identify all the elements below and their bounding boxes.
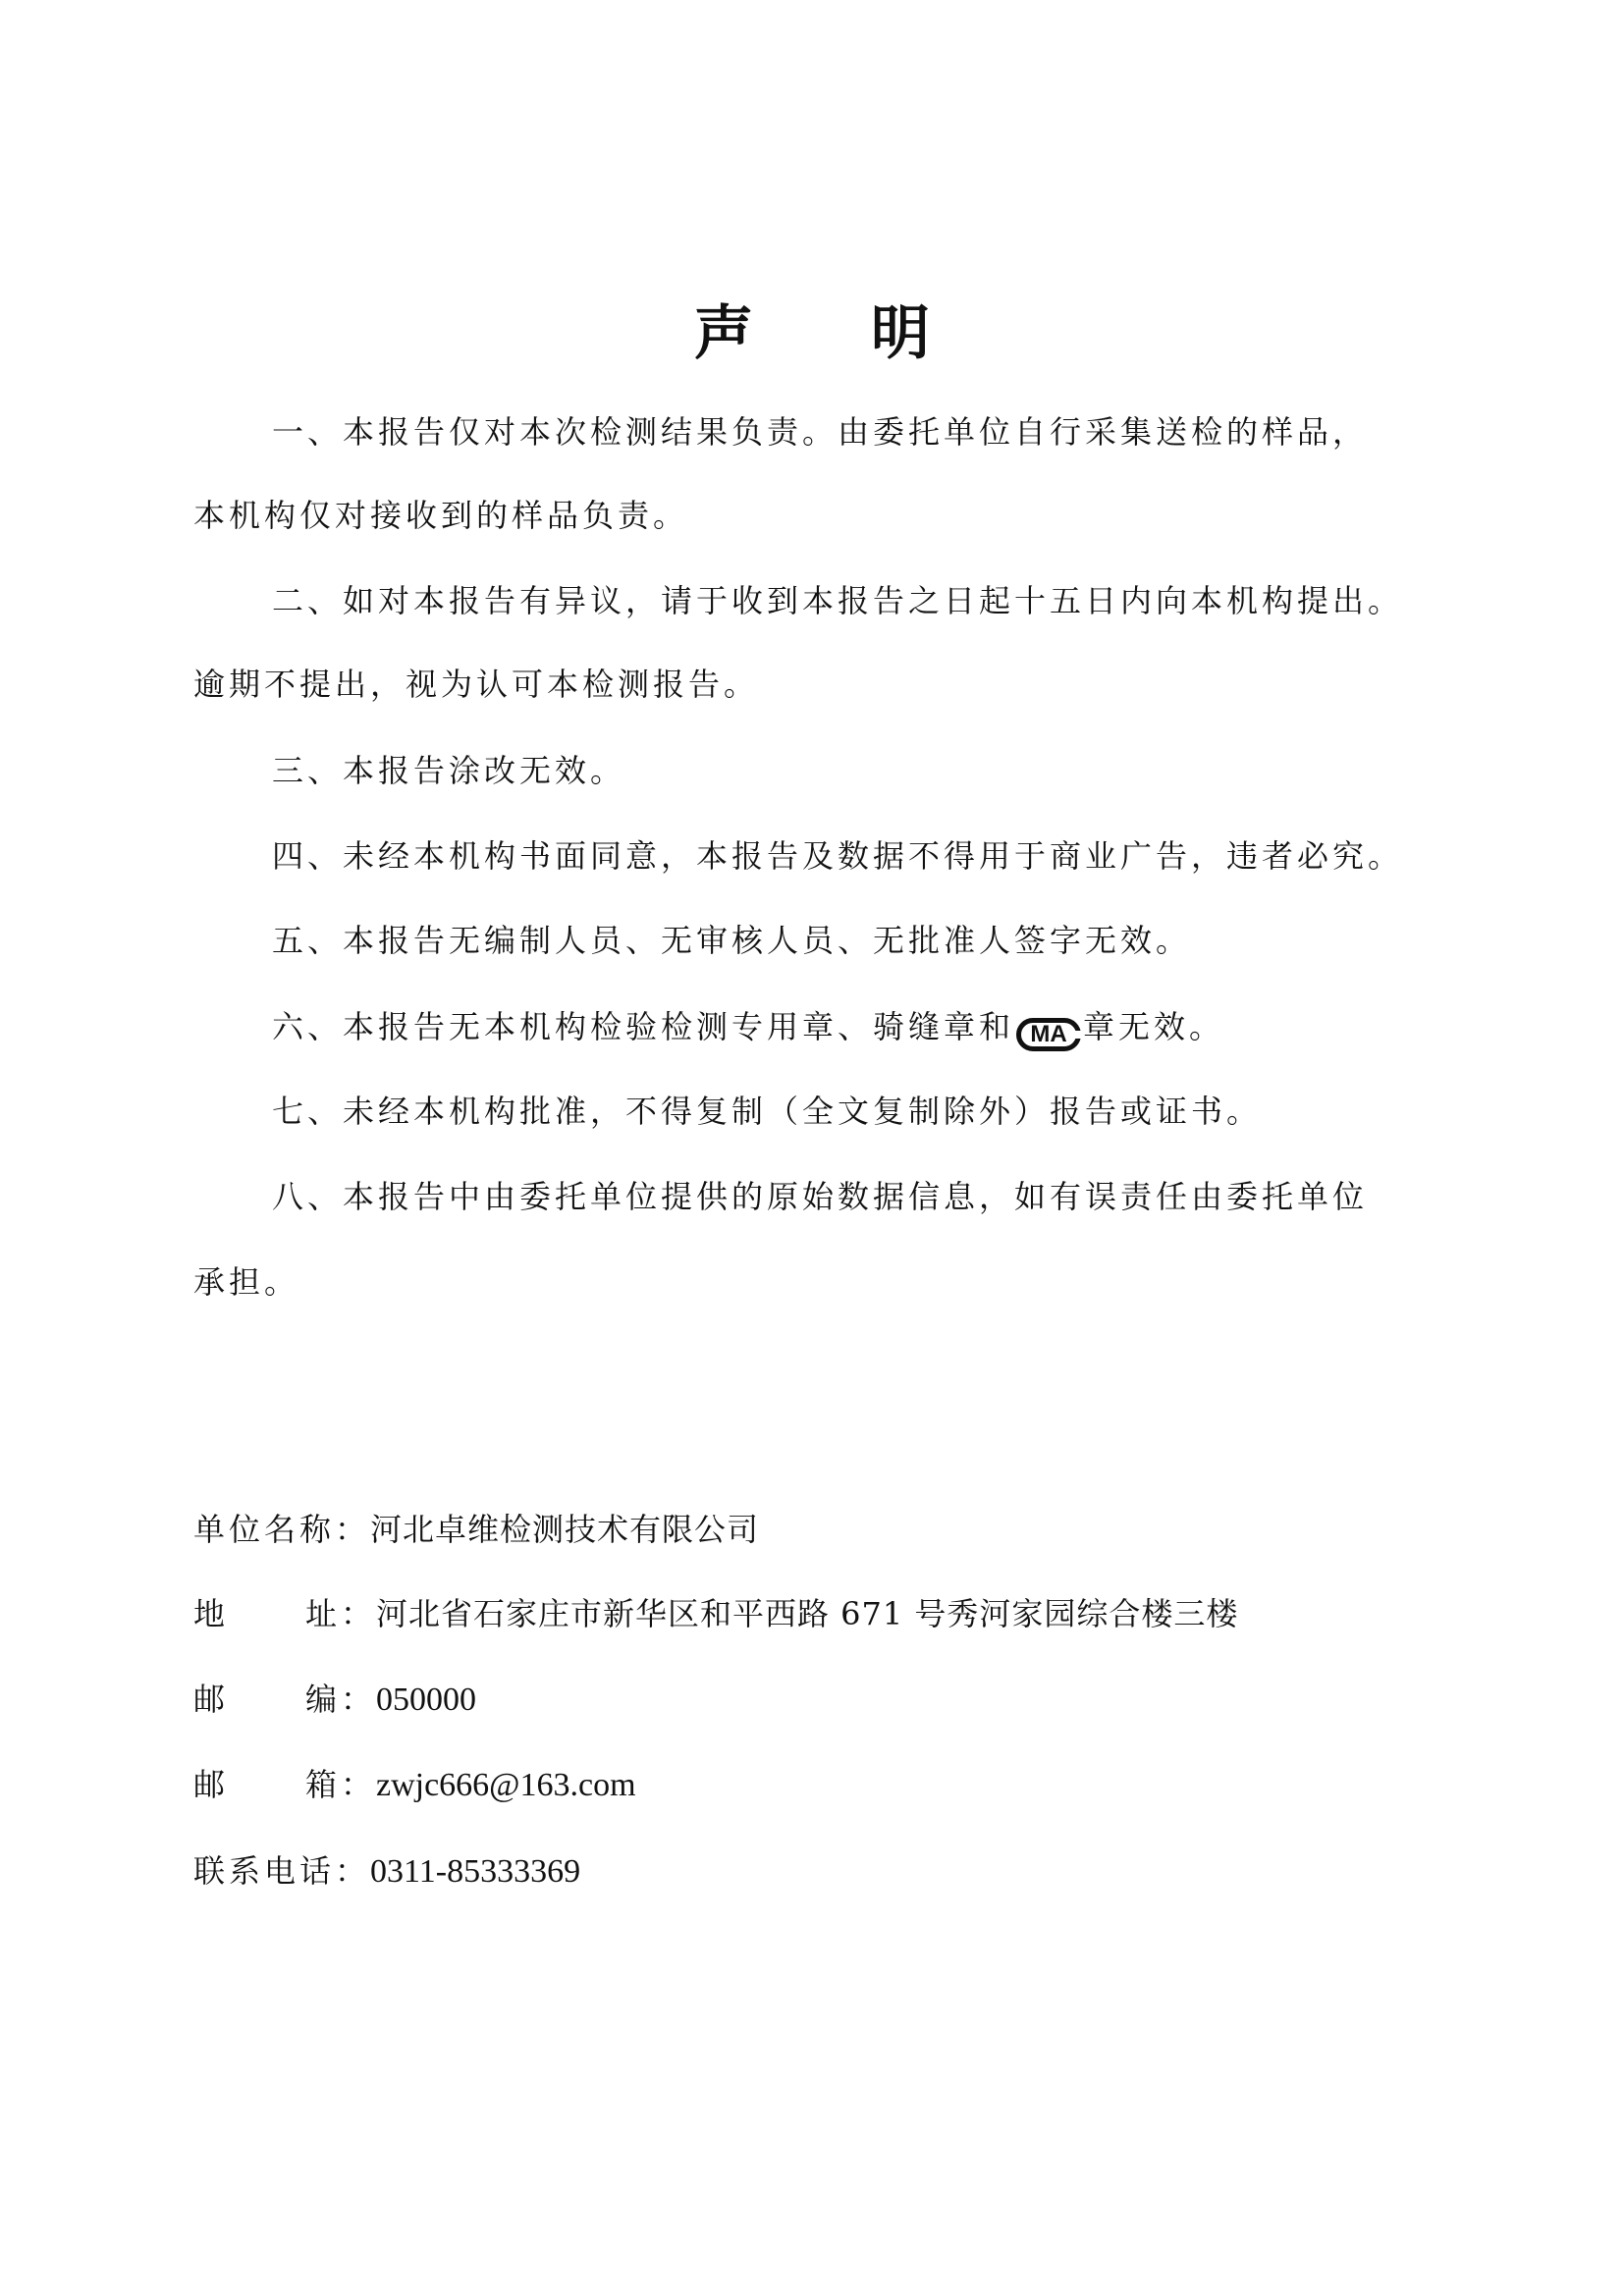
postcode-label-b: 编： <box>305 1678 376 1721</box>
clause-5: 五、本报告无编制人员、无审核人员、无批准人签字无效。 <box>272 919 1191 962</box>
address-label-a: 地 <box>193 1592 229 1635</box>
clause-1-line-2: 本机构仅对接收到的样品负责。 <box>193 494 688 537</box>
phone-label: 联系电话： <box>193 1849 370 1893</box>
email-label-a: 邮 <box>193 1763 229 1806</box>
contact-postcode: 邮编：050000 <box>193 1678 476 1722</box>
postcode-label-a: 邮 <box>193 1678 229 1721</box>
email-label-b: 箱： <box>305 1763 376 1806</box>
contact-address: 地址：河北省石家庄市新华区和平西路 671 号秀河家园综合楼三楼 <box>193 1592 1238 1635</box>
title-char-2: 明 <box>871 294 930 373</box>
cma-mark-icon: MA <box>1016 1018 1081 1051</box>
company-label: 单位名称： <box>193 1508 370 1551</box>
title-char-1: 声 <box>694 294 753 373</box>
clause-1-line-1: 一、本报告仅对本次检测结果负责。由委托单位自行采集送检的样品， <box>272 410 1368 454</box>
page-title: 声明 <box>0 294 1624 373</box>
clause-7: 七、未经本机构批准，不得复制（全文复制除外）报告或证书。 <box>272 1090 1262 1133</box>
clause-8-line-1: 八、本报告中由委托单位提供的原始数据信息，如有误责任由委托单位 <box>272 1175 1368 1218</box>
email-value: zwjc666@163.com <box>376 1767 636 1803</box>
clause-6: 六、本报告无本机构检验检测专用章、骑缝章和MA章无效。 <box>272 1005 1224 1051</box>
clause-3: 三、本报告涂改无效。 <box>272 749 625 792</box>
document-page: 声明 一、本报告仅对本次检测结果负责。由委托单位自行采集送检的样品， 本机构仅对… <box>0 0 1624 2296</box>
address-label: 地址： <box>193 1592 376 1635</box>
clause-6-text-before: 六、本报告无本机构检验检测专用章、骑缝章和 <box>272 1008 1014 1045</box>
company-value: 河北卓维检测技术有限公司 <box>370 1511 759 1548</box>
email-label: 邮箱： <box>193 1763 376 1806</box>
contact-phone: 联系电话：0311-85333369 <box>193 1849 580 1894</box>
phone-value: 0311-85333369 <box>370 1853 580 1890</box>
postcode-value: 050000 <box>376 1682 476 1718</box>
clause-8-line-2: 承担。 <box>193 1260 299 1304</box>
postcode-label: 邮编： <box>193 1678 376 1721</box>
address-value: 河北省石家庄市新华区和平西路 671 号秀河家园综合楼三楼 <box>376 1595 1238 1632</box>
address-label-b: 址： <box>305 1592 376 1635</box>
clause-6-text-after: 章无效。 <box>1083 1008 1224 1045</box>
contact-email: 邮箱：zwjc666@163.com <box>193 1763 636 1807</box>
contact-company: 单位名称：河北卓维检测技术有限公司 <box>193 1508 759 1551</box>
clause-2-line-1: 二、如对本报告有异议，请于收到本报告之日起十五日内向本机构提出。 <box>272 579 1403 622</box>
clause-4: 四、未经本机构书面同意，本报告及数据不得用于商业广告，违者必究。 <box>272 834 1403 878</box>
clause-2-line-2: 逾期不提出，视为认可本检测报告。 <box>193 663 759 706</box>
